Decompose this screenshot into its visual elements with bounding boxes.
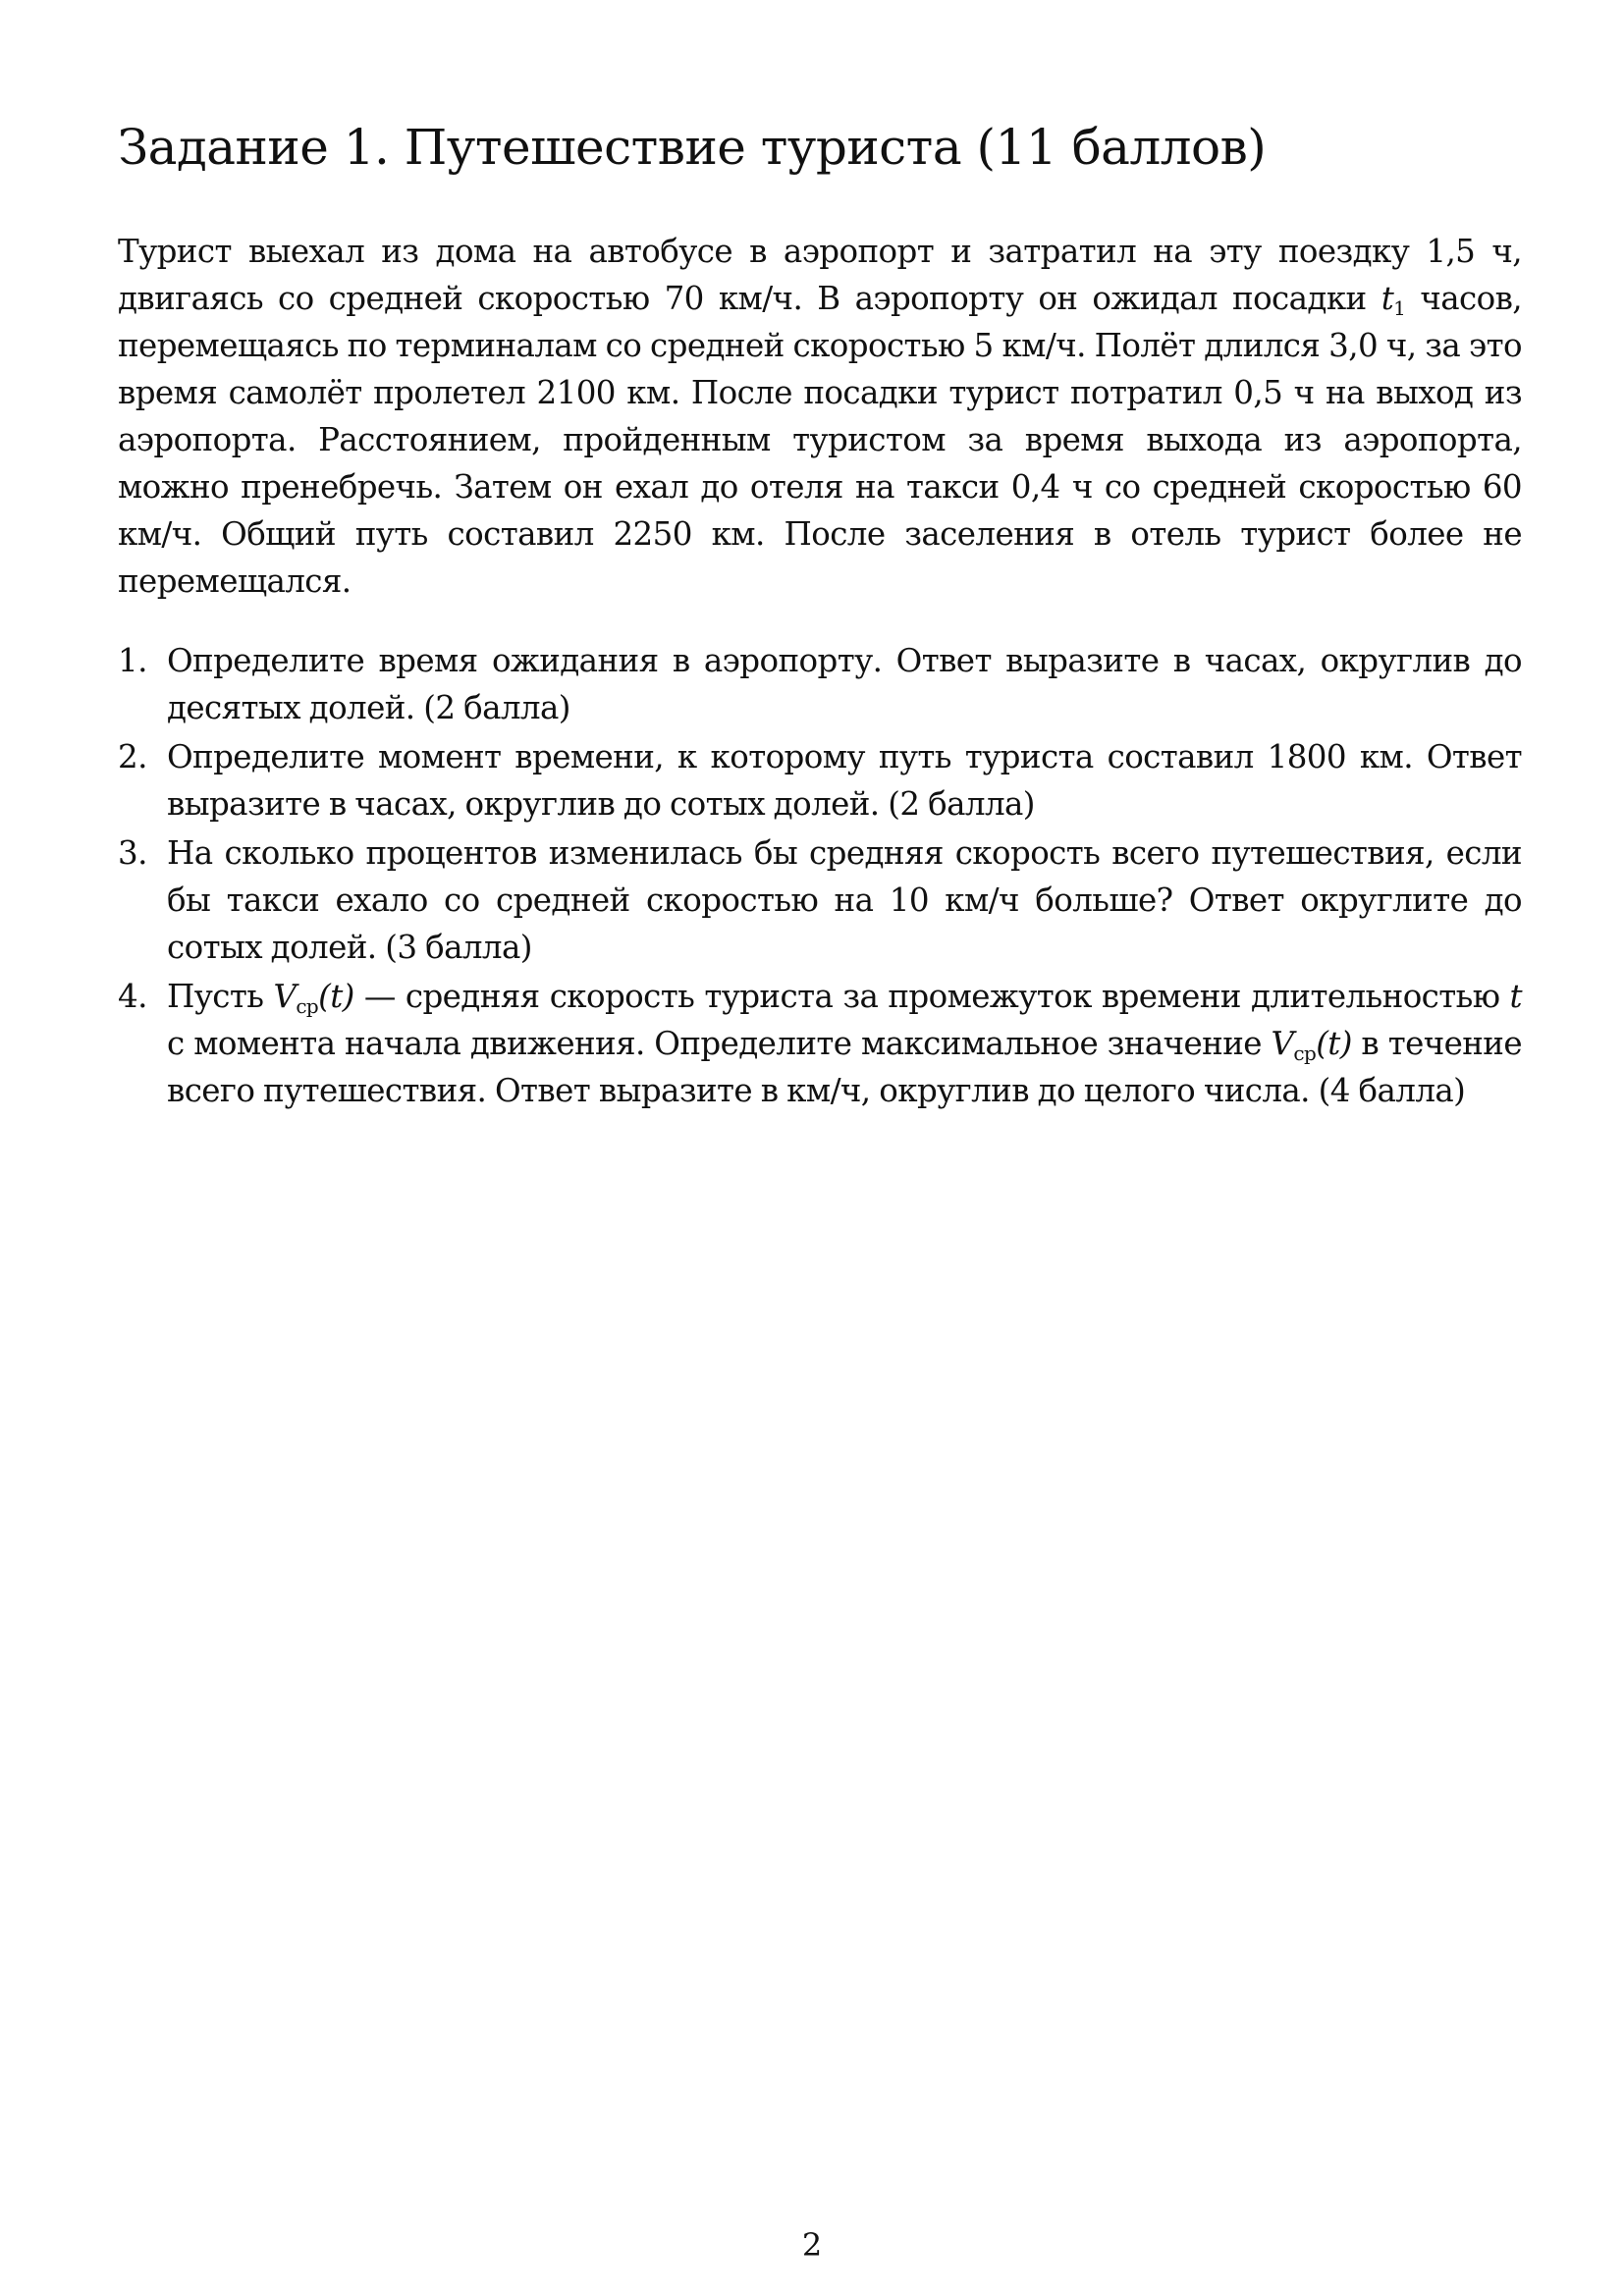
- question-list: 1. Определите время ожидания в аэропорту…: [118, 637, 1522, 1114]
- page-number: 2: [0, 2226, 1624, 2264]
- document-page: Задание 1. Путешествие туриста (11 балло…: [118, 108, 1522, 1116]
- task-description: Турист выехал из дома на автобусе в аэро…: [118, 228, 1522, 605]
- formula-vcp: Vср(t): [1272, 1025, 1352, 1062]
- formula-vcp: Vср(t): [273, 978, 353, 1015]
- question-item: 1. Определите время ожидания в аэропорту…: [118, 637, 1522, 731]
- question-item: 4. Пусть Vср(t) — средняя скорость турис…: [118, 973, 1522, 1114]
- task-title: Задание 1. Путешествие туриста (11 балло…: [118, 108, 1522, 187]
- variable-t1: t1: [1381, 280, 1406, 317]
- question-item: 3. На сколько процентов изменилась бы ср…: [118, 829, 1522, 971]
- question-item: 2. Определите момент времени, к которому…: [118, 733, 1522, 828]
